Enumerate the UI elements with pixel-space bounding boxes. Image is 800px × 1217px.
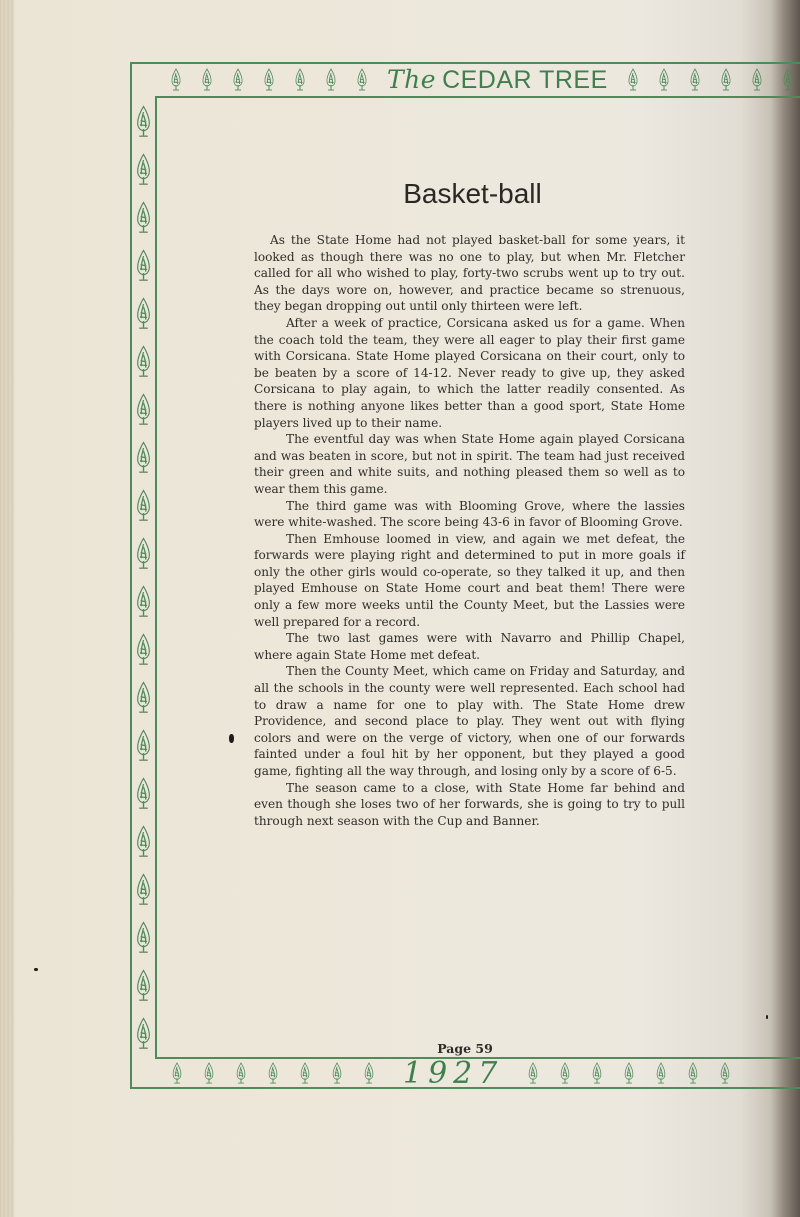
cedar-tree-icon xyxy=(135,774,152,814)
cedar-tree-icon xyxy=(773,68,800,92)
cedar-tree-icon xyxy=(135,630,152,670)
cedar-tree-icon xyxy=(193,1062,225,1085)
cedar-tree-icon xyxy=(135,438,152,478)
cedar-tree-icon xyxy=(257,1062,289,1085)
article-body: As the State Home had not played basket-… xyxy=(254,232,685,829)
ink-speck xyxy=(766,1015,768,1019)
footer-tree-row-left xyxy=(161,1062,385,1085)
adjacent-page-edge xyxy=(0,0,14,1217)
cedar-tree-icon xyxy=(645,1062,677,1085)
cedar-tree-icon xyxy=(346,68,377,92)
article-paragraph: Then Emhouse loomed in view, and again w… xyxy=(254,531,685,631)
article-paragraph: The third game was with Blooming Grove, … xyxy=(254,498,685,531)
article-paragraph: The eventful day was when State Home aga… xyxy=(254,431,685,497)
cedar-tree-icon xyxy=(135,342,152,382)
article-paragraph: After a week of practice, Corsicana aske… xyxy=(254,315,685,431)
cedar-tree-icon xyxy=(315,68,346,92)
yearbook-title-the: The xyxy=(387,65,436,94)
cedar-tree-icon xyxy=(618,68,649,92)
cedar-tree-icon xyxy=(709,1062,741,1085)
cedar-tree-icon xyxy=(289,1062,321,1085)
cedar-tree-icon xyxy=(160,68,191,92)
page-number: Page 59 xyxy=(420,1041,510,1056)
cedar-tree-icon xyxy=(135,150,152,190)
cedar-tree-icon xyxy=(321,1062,353,1085)
cedar-tree-icon xyxy=(135,534,152,574)
footer-banner: 1927 xyxy=(155,1060,800,1087)
article-paragraph: Then the County Meet, which came on Frid… xyxy=(254,663,685,779)
cedar-tree-icon xyxy=(135,102,152,142)
cedar-tree-icon xyxy=(613,1062,645,1085)
cedar-tree-icon xyxy=(284,68,315,92)
header-banner: TheCEDAR TREE xyxy=(132,64,800,96)
cedar-tree-icon xyxy=(135,582,152,622)
cedar-tree-icon xyxy=(161,1062,193,1085)
cedar-tree-icon xyxy=(135,246,152,286)
yearbook-year: 1927 xyxy=(403,1059,503,1089)
cedar-tree-icon xyxy=(135,726,152,766)
article-paragraph: The season came to a close, with State H… xyxy=(254,780,685,830)
cedar-tree-icon xyxy=(677,1062,709,1085)
ink-speck xyxy=(34,968,38,971)
cedar-tree-icon xyxy=(135,678,152,718)
cedar-tree-icon xyxy=(680,68,711,92)
article-paragraph: The two last games were with Navarro and… xyxy=(254,630,685,663)
cedar-tree-icon xyxy=(135,198,152,238)
cedar-tree-icon xyxy=(135,918,152,958)
article-paragraph: As the State Home had not played basket-… xyxy=(254,232,685,315)
cedar-tree-icon xyxy=(135,1014,152,1054)
cedar-tree-icon xyxy=(191,68,222,92)
cedar-tree-icon xyxy=(135,390,152,430)
cedar-tree-icon xyxy=(135,822,152,862)
header-tree-row-right xyxy=(618,68,800,92)
cedar-tree-icon xyxy=(549,1062,581,1085)
footer-tree-row-right xyxy=(517,1062,741,1085)
article-title: Basket-ball xyxy=(250,178,695,210)
header-tree-row-left xyxy=(160,68,377,92)
cedar-tree-icon xyxy=(135,966,152,1006)
cedar-tree-icon xyxy=(135,294,152,334)
cedar-tree-icon xyxy=(581,1062,613,1085)
cedar-tree-icon xyxy=(742,68,773,92)
cedar-tree-icon xyxy=(135,486,152,526)
left-tree-column xyxy=(132,98,154,1058)
cedar-tree-icon xyxy=(517,1062,549,1085)
cedar-tree-icon xyxy=(222,68,253,92)
yearbook-title-main: CEDAR TREE xyxy=(442,66,608,94)
ink-speck xyxy=(229,734,234,743)
cedar-tree-icon xyxy=(353,1062,385,1085)
yearbook-title: TheCEDAR TREE xyxy=(387,67,608,93)
cedar-tree-icon xyxy=(225,1062,257,1085)
cedar-tree-icon xyxy=(135,870,152,910)
cedar-tree-icon xyxy=(253,68,284,92)
cedar-tree-icon xyxy=(711,68,742,92)
cedar-tree-icon xyxy=(649,68,680,92)
